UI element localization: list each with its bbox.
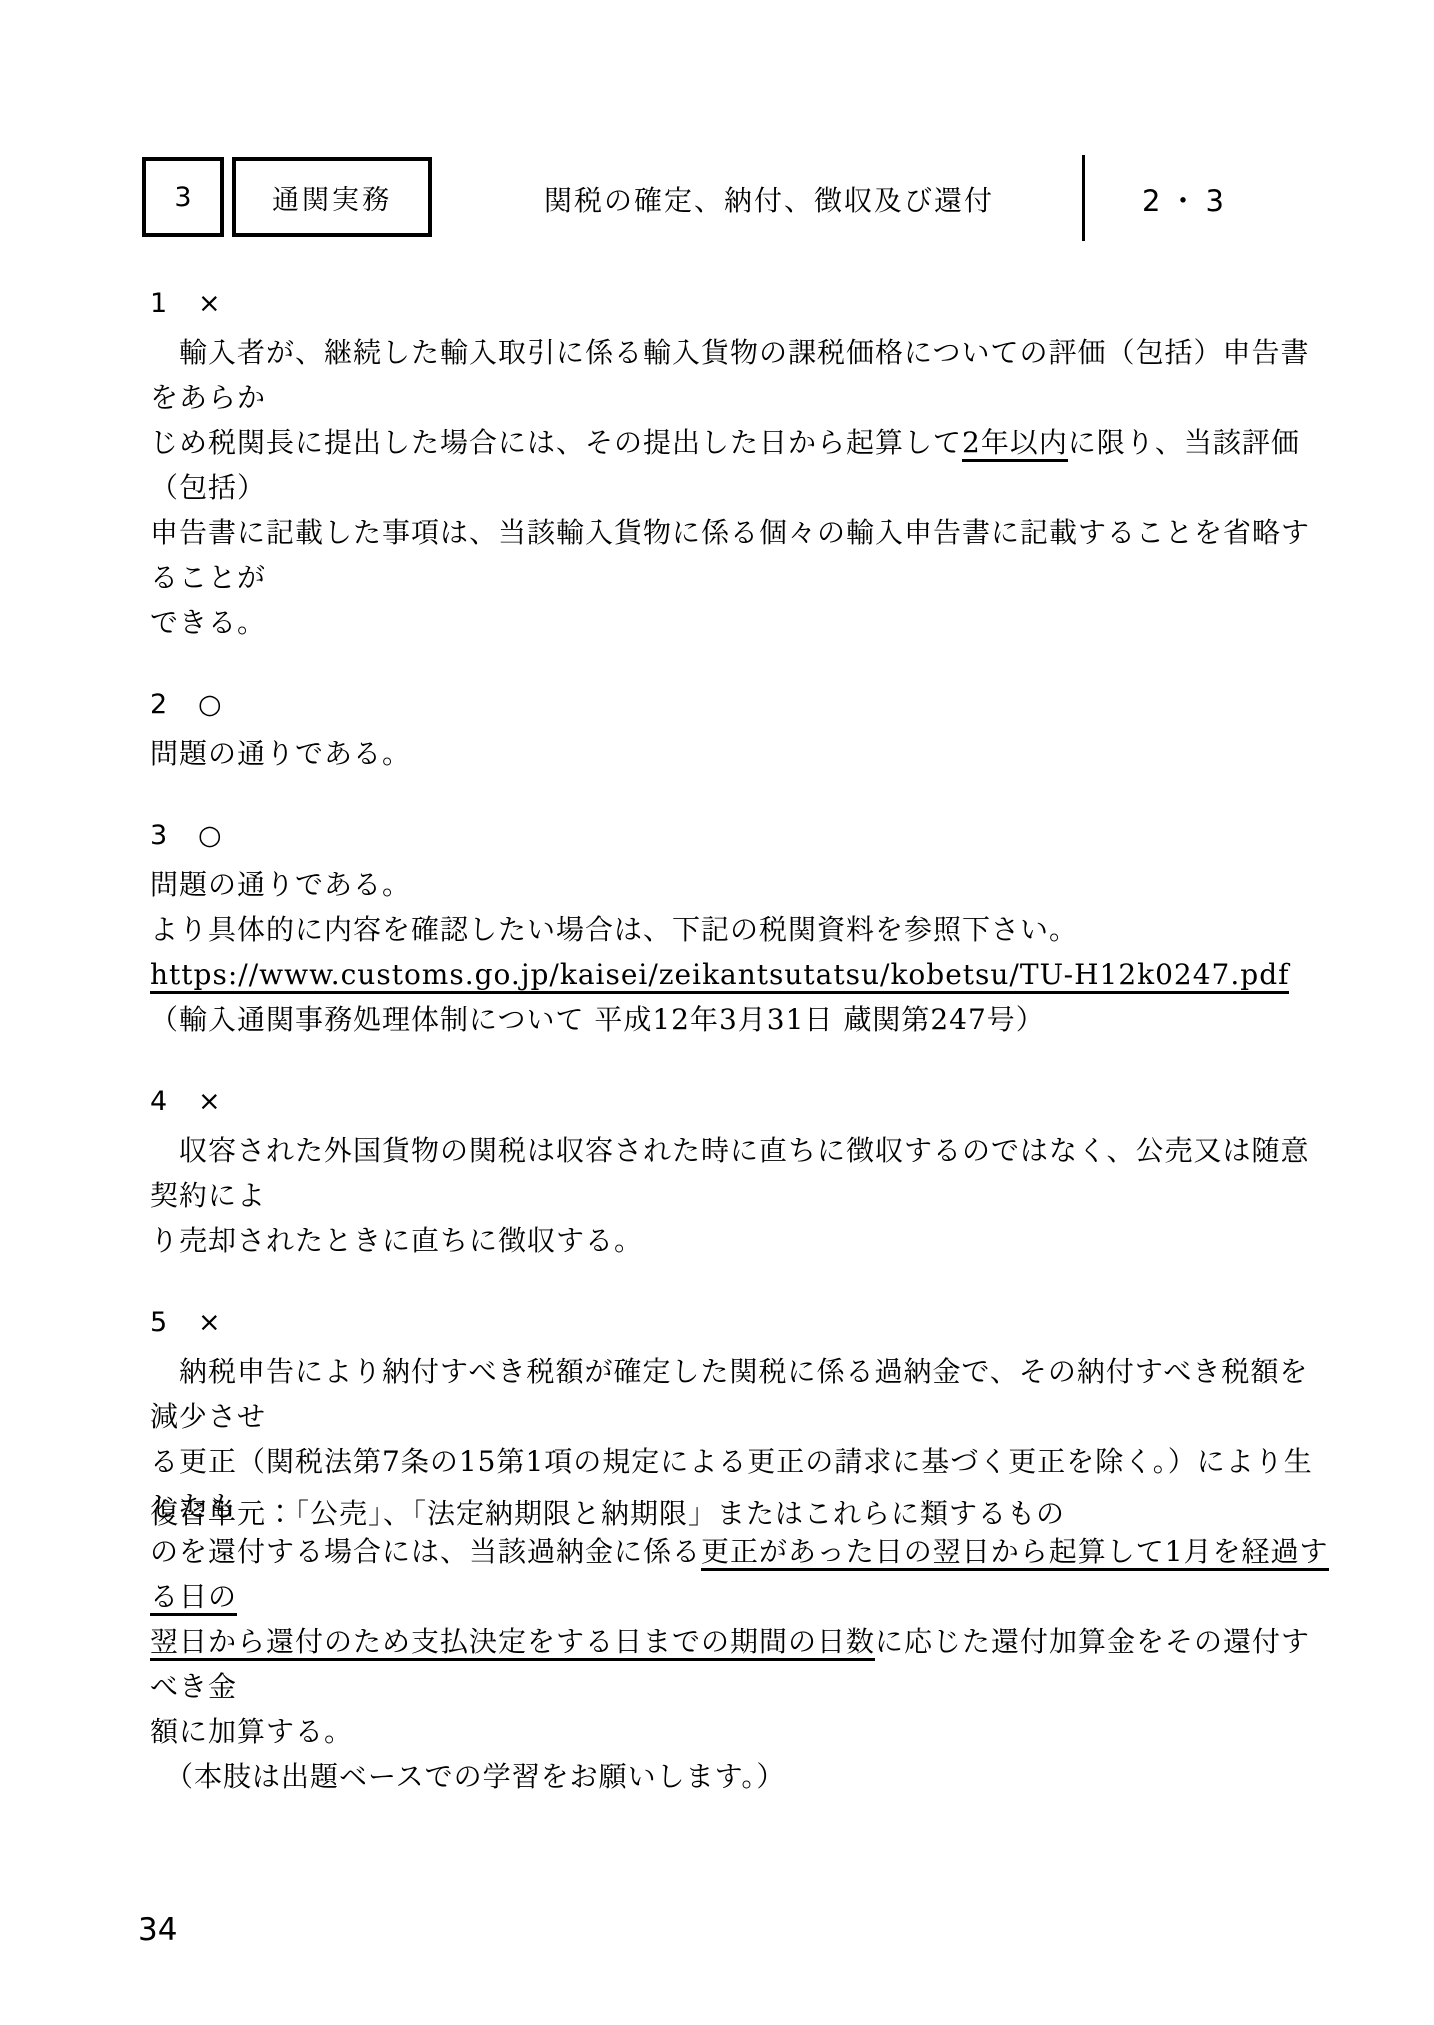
answer-item: 3○問題の通りである。より具体的に内容を確認したい場合は、下記の税関資料を参照下… [150, 820, 1336, 1042]
item-body: 輸入者が、継続した輸入取引に係る輸入貨物の課税価格についての評価（包括）申告書を… [150, 330, 1336, 645]
text-segment: （輸入通関事務処理体制について 平成12年3月31日 蔵関第247号） [150, 1003, 1045, 1036]
item-mark: × [198, 288, 221, 320]
text-segment: 額に加算する。 [150, 1715, 353, 1748]
text-segment: 輸入者が、継続した輸入取引に係る輸入貨物の課税価格についての評価（包括）申告書を… [150, 336, 1309, 414]
answer-item: 5× 納税申告により納付すべき税額が確定した関税に係る過納金で、その納付すべき税… [150, 1307, 1336, 1799]
item-mark: ○ [198, 689, 222, 721]
item-header: 5× [150, 1307, 1336, 1339]
item-number: 5 [150, 1307, 198, 1339]
item-header: 2○ [150, 689, 1336, 721]
answer-item: 2○問題の通りである。 [150, 689, 1336, 776]
section-number-box: 3 [142, 157, 224, 237]
text-line: （輸入通関事務処理体制について 平成12年3月31日 蔵関第247号） [150, 997, 1336, 1042]
category-box: 通関実務 [232, 157, 432, 237]
item-number: 2 [150, 689, 198, 721]
review-note: 復習単元：「公売」、「法定納期限と納期限」またはこれらに類するもの [150, 1492, 1065, 1532]
section-number: 3 [174, 182, 191, 213]
text-line: より具体的に内容を確認したい場合は、下記の税関資料を参照下さい。 [150, 907, 1336, 952]
text-segment: （本肢は出題ベースでの学習をお願いします。） [150, 1760, 785, 1793]
text-line: https://www.customs.go.jp/kaisei/zeikant… [150, 952, 1336, 997]
text-segment: 納税申告により納付すべき税額が確定した関税に係る過納金で、その納付すべき税額を減… [150, 1355, 1308, 1433]
text-segment: のを還付する場合には、当該過納金に係る [150, 1535, 701, 1568]
document-page: 3 通関実務 関税の確定、納付、徴収及び還付 2・3 1× 輸入者が、継続した輸… [0, 0, 1434, 2025]
text-segment: 問題の通りである。 [150, 737, 411, 770]
page-title: 関税の確定、納付、徴収及び還付 [544, 179, 994, 219]
item-mark: × [198, 1086, 221, 1118]
text-line: じめ税関長に提出した場合には、その提出した日から起算して2年以内に限り、当該評価… [150, 420, 1336, 510]
item-number: 3 [150, 820, 198, 852]
text-segment: 収容された外国貨物の関税は収容された時に直ちに徴収するのではなく、公売又は随意契… [150, 1134, 1309, 1212]
text-line: 問題の通りである。 [150, 862, 1336, 907]
text-line: 問題の通りである。 [150, 731, 1336, 776]
item-header: 3○ [150, 820, 1336, 852]
text-line: 額に加算する。 [150, 1709, 1336, 1754]
text-segment: 申告書に記載した事項は、当該輸入貨物に係る個々の輸入申告書に記載することを省略す… [150, 516, 1310, 594]
item-body: 問題の通りである。 [150, 731, 1336, 776]
text-line: のを還付する場合には、当該過納金に係る更正があった日の翌日から起算して1月を経過… [150, 1529, 1336, 1619]
text-line: 納税申告により納付すべき税額が確定した関税に係る過納金で、その納付すべき税額を減… [150, 1349, 1336, 1439]
text-segment: り売却されたときに直ちに徴収する。 [150, 1224, 643, 1257]
item-mark: ○ [198, 820, 222, 852]
item-header: 4× [150, 1086, 1336, 1118]
category-label: 通関実務 [272, 178, 392, 217]
item-mark: × [198, 1307, 221, 1339]
text-segment: 問題の通りである。 [150, 868, 411, 901]
underlined-text: 翌日から還付のため支払決定をする日までの期間の日数 [150, 1625, 875, 1661]
item-body: 問題の通りである。より具体的に内容を確認したい場合は、下記の税関資料を参照下さい… [150, 862, 1336, 1042]
answer-item: 1× 輸入者が、継続した輸入取引に係る輸入貨物の課税価格についての評価（包括）申… [150, 288, 1336, 645]
page-number: 34 [138, 1912, 177, 1948]
text-segment: できる。 [150, 606, 266, 639]
document-url-link[interactable]: https://www.customs.go.jp/kaisei/zeikant… [150, 958, 1289, 994]
answer-list: 1× 輸入者が、継続した輸入取引に係る輸入貨物の課税価格についての評価（包括）申… [150, 288, 1336, 1843]
item-body: 納税申告により納付すべき税額が確定した関税に係る過納金で、その納付すべき税額を減… [150, 1349, 1336, 1799]
underlined-text: 2年以内 [962, 426, 1068, 462]
text-line: 輸入者が、継続した輸入取引に係る輸入貨物の課税価格についての評価（包括）申告書を… [150, 330, 1336, 420]
text-line: できる。 [150, 600, 1336, 645]
text-segment: じめ税関長に提出した場合には、その提出した日から起算して [150, 426, 962, 459]
question-code: 2・3 [1142, 179, 1232, 220]
item-number: 4 [150, 1086, 198, 1118]
text-line: 申告書に記載した事項は、当該輸入貨物に係る個々の輸入申告書に記載することを省略す… [150, 510, 1336, 600]
document-header: 3 通関実務 関税の確定、納付、徴収及び還付 2・3 [142, 157, 1334, 237]
answer-item: 4× 収容された外国貨物の関税は収容された時に直ちに徴収するのではなく、公売又は… [150, 1086, 1336, 1263]
item-number: 1 [150, 288, 198, 320]
item-header: 1× [150, 288, 1336, 320]
text-line: 翌日から還付のため支払決定をする日までの期間の日数に応じた還付加算金をその還付す… [150, 1619, 1336, 1709]
header-divider [1082, 155, 1085, 241]
text-line: り売却されたときに直ちに徴収する。 [150, 1218, 1336, 1263]
text-segment: より具体的に内容を確認したい場合は、下記の税関資料を参照下さい。 [150, 913, 1078, 946]
item-body: 収容された外国貨物の関税は収容された時に直ちに徴収するのではなく、公売又は随意契… [150, 1128, 1336, 1263]
text-line: 収容された外国貨物の関税は収容された時に直ちに徴収するのではなく、公売又は随意契… [150, 1128, 1336, 1218]
text-line: （本肢は出題ベースでの学習をお願いします。） [150, 1754, 1336, 1799]
